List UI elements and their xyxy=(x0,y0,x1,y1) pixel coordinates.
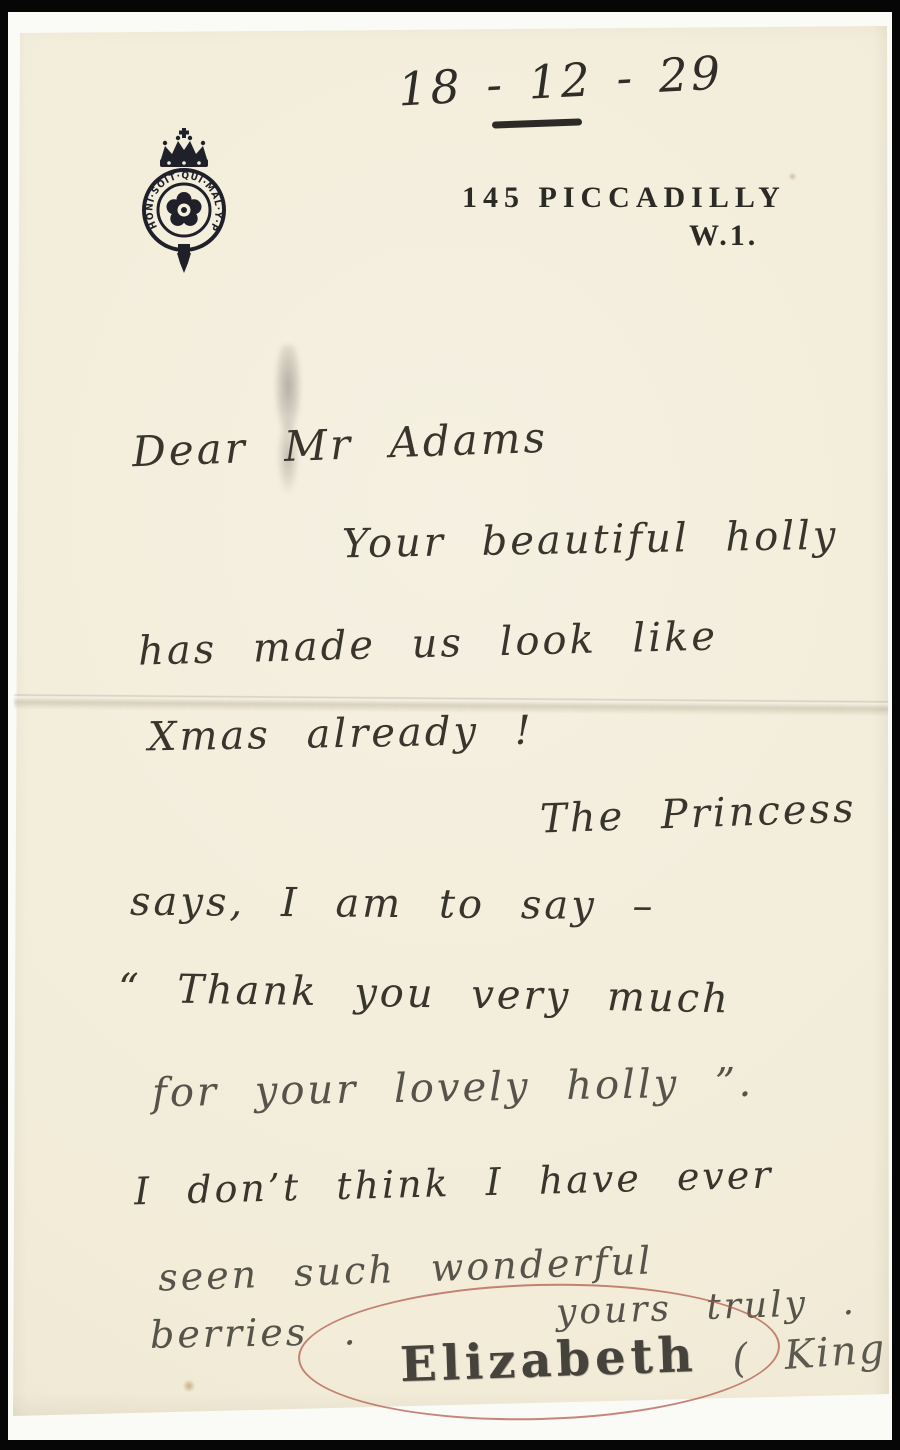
body-line: The Princess xyxy=(539,788,857,839)
signature-elizabeth: Elizabeth xyxy=(399,1327,698,1393)
body-line: Your beautiful holly xyxy=(342,516,839,565)
body-line: says, I am to say – xyxy=(130,882,656,927)
letterhead-district: W.1. xyxy=(689,219,758,253)
body-line: Xmas already ! xyxy=(148,711,534,758)
body-line: “ Thank you very much xyxy=(118,969,731,1020)
royal-garter-crest-icon: HONI·SOIT·QUI·MAL·Y·PENSE xyxy=(124,126,244,276)
foxing-spot xyxy=(182,1380,196,1392)
scanned-letter: HONI·SOIT·QUI·MAL·Y·PENSE 18 - 12 - 29 1… xyxy=(0,0,900,1450)
foxing-spot xyxy=(788,172,797,181)
letterhead-address: 145 PICCADILLY xyxy=(462,181,786,215)
body-line: for your lovely holly ”. xyxy=(152,1063,755,1114)
